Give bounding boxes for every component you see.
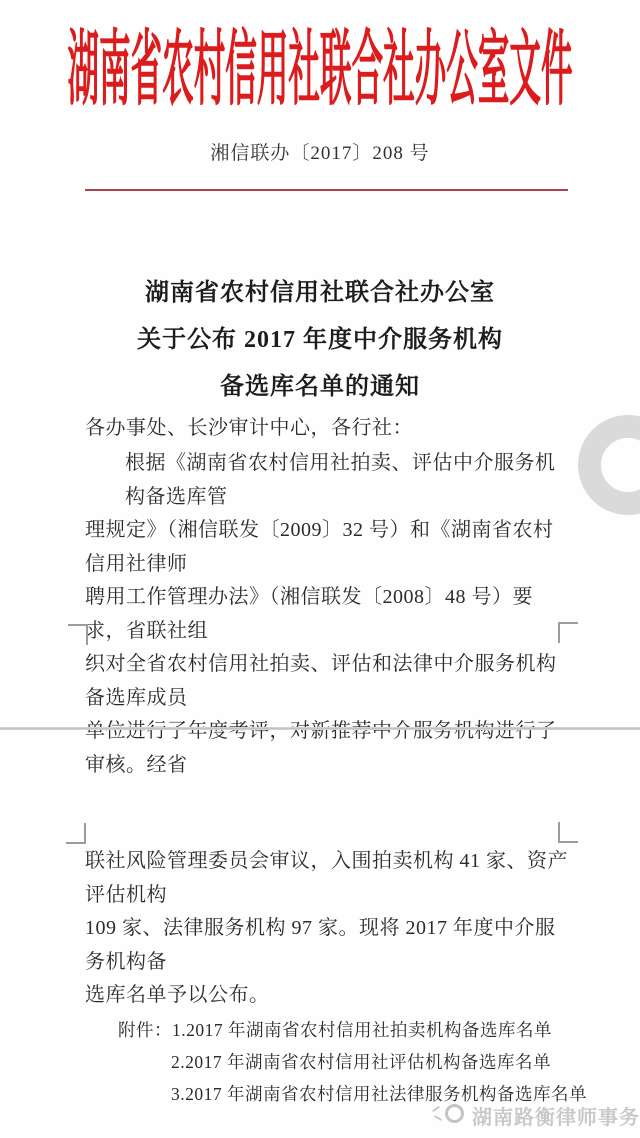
salutation-line: 各办事处、长沙审计中心，各行社： [85,412,568,446]
page2-top-right-margin-mark [558,822,578,843]
body-line: 单位进行了年度考评，对新推荐中介服务机构进行了审核。经省 [85,715,568,782]
page1-body-paragraph: 根据《湖南省农村信用社拍卖、评估中介服务机构备选库管 理规定》（湘信联发〔200… [85,447,568,782]
document-title-line-2: 关于公布 2017 年度中介服务机构 [0,317,640,364]
page1-bottom-right-margin-mark [558,622,578,643]
body-line: 109 家、法律服务机构 97 家。现将 2017 年度中介服务机构备 [85,912,568,979]
attachment-item-2: 2.2017 年湖南省农村信用社评估机构备选库名单 [171,1052,551,1072]
document-title-line-3: 备选库名单的通知 [0,364,640,411]
attachment-item-1: 1.2017 年湖南省农村信用社拍卖机构备选库名单 [172,1020,552,1040]
document-title: 湖南省农村信用社联合社办公室 关于公布 2017 年度中介服务机构 备选库名单的… [0,270,640,411]
attachments-label: 附件： [118,1020,172,1040]
document-screenshot: 湖南省农村信用社联合社办公室文件 湘信联办〔2017〕208 号 湖南省农村信用… [0,0,640,1138]
body-line: 联社风险管理委员会审议，入围拍卖机构 41 家、资产评估机构 [85,845,568,912]
watermark-ray-decoration [434,1115,442,1121]
document-number: 湘信联办〔2017〕208 号 [0,140,640,168]
body-line: 选库名单予以公布。 [85,979,568,1013]
attachment-row: 附件：1.2017 年湖南省农村信用社拍卖机构备选库名单 [118,1014,598,1046]
letterhead-banner-text: 湖南省农村信用社联合社办公室文件 [67,29,572,111]
page1-bottom-left-margin-mark [68,624,88,645]
red-divider-line [85,189,568,191]
attachments-list: 附件：1.2017 年湖南省农村信用社拍卖机构备选库名单 2.2017 年湖南省… [118,1014,598,1110]
law-firm-watermark: 湖南路衡律师事务所 [428,1100,640,1128]
page2-top-left-margin-mark [66,823,86,844]
page-separator [0,727,640,730]
page2-body-paragraph: 联社风险管理委员会审议，入围拍卖机构 41 家、资产评估机构 109 家、法律服… [85,845,568,1013]
law-firm-logo-icon [445,1104,464,1123]
body-line: 织对全省农村信用社拍卖、评估和法律中介服务机构备选库成员 [85,648,568,715]
attachment-row: 2.2017 年湖南省农村信用社评估机构备选库名单 [118,1046,598,1078]
body-line: 理规定》（湘信联发〔2009〕32 号）和《湖南省农村信用社律师 [85,514,568,581]
law-firm-name: 湖南路衡律师事务所 [472,1101,640,1130]
document-title-line-1: 湖南省农村信用社联合社办公室 [0,270,640,317]
body-line: 聘用工作管理办法》（湘信联发〔2008〕48 号）要求，省联社组 [85,581,568,648]
letterhead-banner: 湖南省农村信用社联合社办公室文件 [0,18,640,122]
watermark-ray-decoration [432,1106,440,1112]
ring-watermark-icon [578,415,640,515]
body-line: 根据《湖南省农村信用社拍卖、评估中介服务机构备选库管 [85,447,568,514]
